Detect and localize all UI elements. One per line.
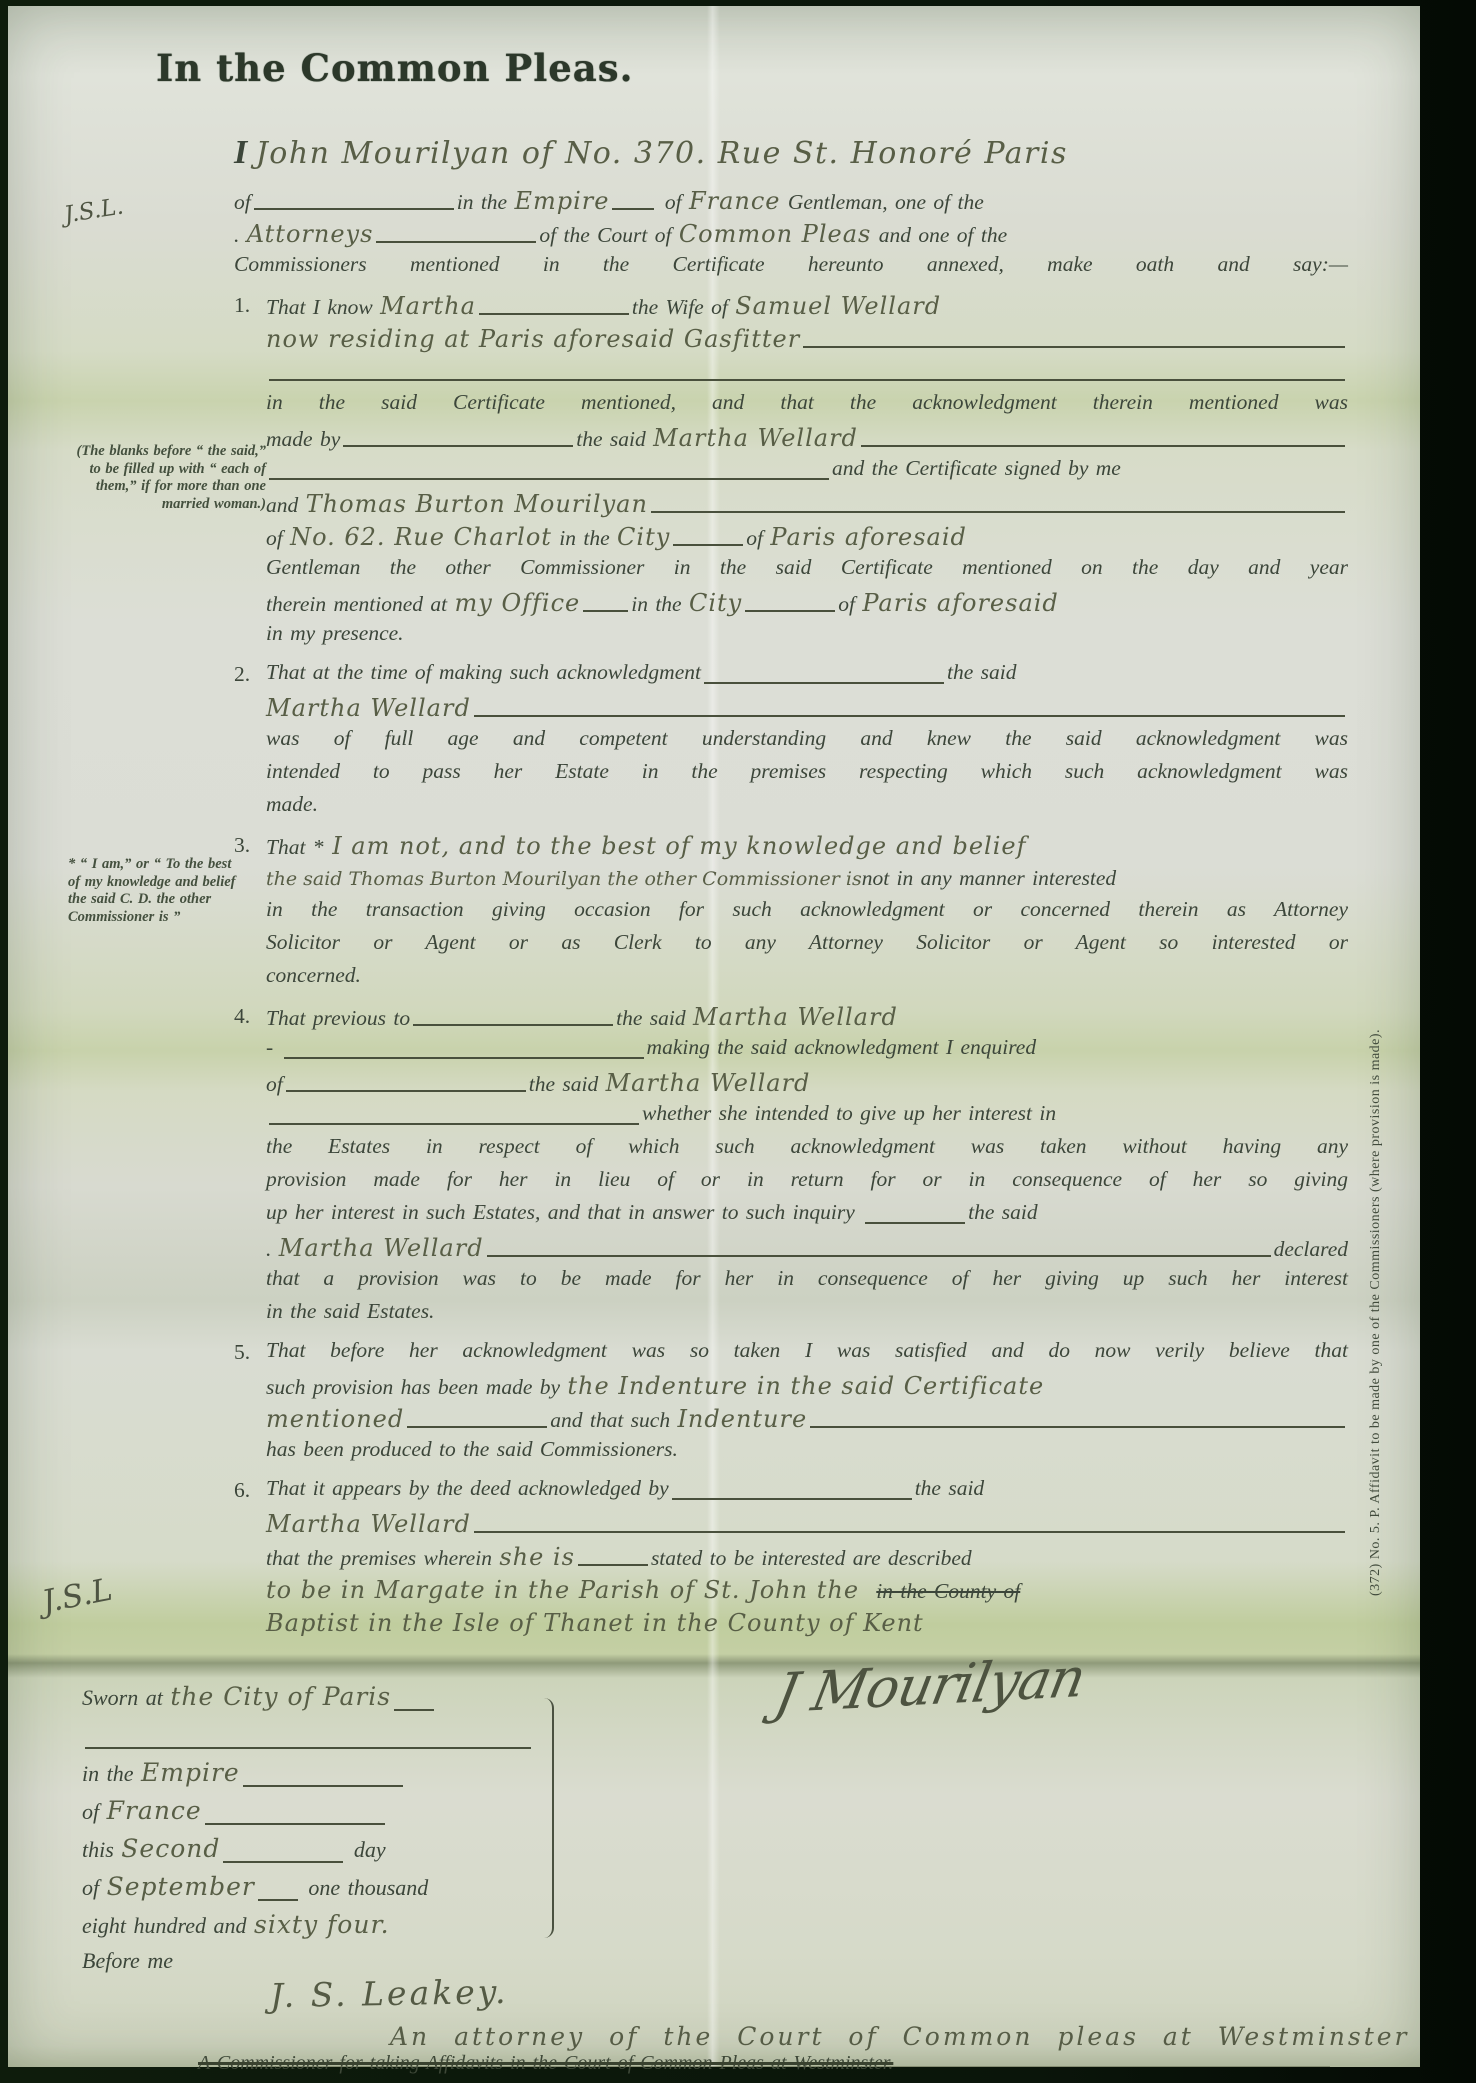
form-line: intended to pass her Estate in the premi… xyxy=(266,759,1348,792)
item-lines: That before her acknowledgment was so ta… xyxy=(266,1338,1348,1470)
text-segment: mentioned xyxy=(266,1404,404,1434)
text-segment: to be in Margate in the Parish of St. Jo… xyxy=(266,1575,876,1605)
text-segment: eight hundred and xyxy=(82,1913,254,1939)
commissioner-title-handwritten: An attorney of the Court of Common pleas… xyxy=(390,2022,1355,2051)
text-segment: . xyxy=(266,1237,279,1262)
text-segment: City xyxy=(689,588,742,618)
text-segment: in the xyxy=(82,1761,141,1787)
margin-initials-bottom: J.S.L xyxy=(39,1572,115,1621)
blank-rule xyxy=(612,206,654,210)
text-segment: therein mentioned at xyxy=(266,592,455,617)
text-segment: That at the time of making such acknowle… xyxy=(266,660,701,685)
text-segment: France xyxy=(689,186,781,216)
text-segment: in the xyxy=(631,592,689,617)
blank-rule xyxy=(578,1562,648,1566)
text-segment: stated to be interested are described xyxy=(651,1546,972,1571)
form-line: That before her acknowledgment was so ta… xyxy=(266,1338,1348,1371)
form-line: - making the said acknowledgment I enqui… xyxy=(266,1035,1348,1068)
blank-rule xyxy=(343,443,573,447)
struck-printed-commissioner-line: A Commissioner for taking Affidavits in … xyxy=(198,2052,893,2075)
text-segment: Martha Wellard xyxy=(693,1002,898,1032)
form-line: and the Certificate signed by me xyxy=(266,456,1348,489)
blank-rule xyxy=(413,1022,613,1026)
text-segment: Martha Wellard xyxy=(279,1233,484,1263)
deponent-signature: J Mourilyan xyxy=(770,1646,1090,1726)
form-line: therein mentioned at my Officein the Cit… xyxy=(266,588,1348,621)
form-line: ofin the Empire of France Gentleman, one… xyxy=(234,186,1348,219)
text-segment: provision made for her in lieu of or in … xyxy=(266,1167,1348,1192)
blank-rule xyxy=(474,713,1345,717)
form-line: of No. 62. Rue Charlot in the Cityof Par… xyxy=(266,522,1348,555)
form-line: such provision has been made by the Inde… xyxy=(266,1371,1348,1404)
text-segment: whether she intended to give up her inte… xyxy=(642,1101,1056,1126)
form-reference-vertical-note: (372) No. 5. P. Affidavit to be made by … xyxy=(1368,646,1384,1596)
form-line: in my presence. xyxy=(266,621,1348,654)
affidavit-item-5: 5.That before her acknowledgment was so … xyxy=(234,1338,1348,1470)
item-number: 1. xyxy=(234,291,266,654)
text-segment: No. 62. Rue Charlot xyxy=(290,522,552,552)
bottom-paper-rule xyxy=(248,2066,1330,2067)
text-segment: John Mourilyan of No. 370. Rue St. Honor… xyxy=(256,139,1068,169)
blank-rule xyxy=(407,1424,547,1428)
blank-rule xyxy=(672,1496,912,1500)
text-segment: Martha Wellard xyxy=(653,423,858,453)
text-segment: such provision has been made by xyxy=(266,1375,567,1400)
blank-rule xyxy=(810,1424,1345,1428)
form-line: That * I am not, and to the best of my k… xyxy=(266,831,1348,864)
blank-rule xyxy=(803,344,1345,348)
text-segment: Indenture xyxy=(677,1404,807,1434)
text-segment: of xyxy=(746,526,770,551)
item-lines: That it appears by the deed acknowledged… xyxy=(266,1476,1348,1641)
form-line: this Second day xyxy=(82,1834,534,1872)
text-segment: Martha Wellard xyxy=(266,1509,471,1539)
text-segment: and one of the xyxy=(871,223,1007,248)
item-number: 5. xyxy=(234,1338,266,1470)
form-line: was of full age and competent understand… xyxy=(266,726,1348,759)
form-line: has been produced to the said Commission… xyxy=(266,1437,1348,1470)
text-segment: the City of Paris xyxy=(170,1682,391,1712)
form-line: Commissioners mentioned in the Certifica… xyxy=(234,252,1348,285)
blank-rule xyxy=(474,1529,1345,1533)
form-line: made. xyxy=(266,792,1348,825)
text-segment: concerned. xyxy=(266,963,361,988)
text-segment: my Office xyxy=(455,588,581,618)
text-segment: the said xyxy=(968,1200,1037,1225)
text-segment: one thousand xyxy=(301,1875,428,1901)
form-line: . Attorneysof the Court of Common Pleas … xyxy=(234,219,1348,252)
form-line: and Thomas Burton Mourilyan xyxy=(266,489,1348,522)
text-segment: and the Certificate signed by me xyxy=(832,456,1121,481)
text-segment: . xyxy=(234,223,247,248)
text-segment: I xyxy=(234,134,256,172)
margin-initials-top: J.S.L. xyxy=(62,194,125,229)
form-line: to be in Margate in the Parish of St. Jo… xyxy=(266,1575,1348,1608)
text-segment: the Indenture in the said Certificate xyxy=(567,1371,1044,1401)
text-segment: in the transaction giving occasion for s… xyxy=(266,897,1348,922)
text-segment: City xyxy=(617,522,670,552)
text-segment: Empire xyxy=(141,1758,240,1788)
form-line: in the Empire xyxy=(82,1758,534,1796)
form-line: eight hundred and sixty four. xyxy=(82,1910,534,1948)
blank-rule xyxy=(269,377,1345,381)
form-line: in the transaction giving occasion for s… xyxy=(266,897,1348,930)
affidavit-item-6: 6.That it appears by the deed acknowledg… xyxy=(234,1476,1348,1641)
text-segment: Solicitor or Agent or as Clerk to any At… xyxy=(266,930,1348,955)
text-segment: has been produced to the said Commission… xyxy=(266,1437,678,1462)
text-segment: Before me xyxy=(82,1948,173,1974)
form-line: ofthe said Martha Wellard xyxy=(266,1068,1348,1101)
text-segment: Gentleman, one of the xyxy=(781,190,984,215)
text-segment: in the County of xyxy=(876,1579,1020,1604)
text-segment: Attorneys xyxy=(247,219,374,249)
text-segment: September xyxy=(107,1872,255,1902)
form-line: Sworn at the City of Paris xyxy=(82,1682,534,1720)
blank-rule xyxy=(487,1253,1271,1257)
form-line xyxy=(266,357,1348,390)
text-segment: declared xyxy=(1274,1237,1348,1262)
text-segment: Thomas Burton Mourilyan xyxy=(306,489,648,519)
text-segment: the said xyxy=(915,1476,984,1501)
text-segment: in the xyxy=(552,526,617,551)
text-segment: made by xyxy=(266,427,340,452)
text-segment: Sworn at xyxy=(82,1685,170,1711)
form-line: of September one thousand xyxy=(82,1872,534,1910)
text-segment: up her interest in such Estates, and tha… xyxy=(266,1200,862,1225)
blank-rule xyxy=(673,542,743,546)
form-line: Gentleman the other Commissioner in the … xyxy=(266,555,1348,588)
text-segment: of xyxy=(266,526,290,551)
text-segment: Gentleman the other Commissioner in the … xyxy=(266,555,1348,580)
item-lines: That I know Marthathe Wife of Samuel Wel… xyxy=(266,291,1348,654)
form-line: Solicitor or Agent or as Clerk to any At… xyxy=(266,930,1348,963)
blank-rule xyxy=(865,1220,965,1224)
text-segment: day xyxy=(346,1837,385,1863)
blank-rule xyxy=(243,1783,403,1787)
affidavit-item-3: 3.That * I am not, and to the best of my… xyxy=(234,831,1348,996)
text-segment: the Wife of xyxy=(632,295,735,320)
form-line: the Estates in respect of which such ack… xyxy=(266,1134,1348,1167)
form-line: in the said Estates. xyxy=(266,1299,1348,1332)
item-lines: That previous tothe said Martha Wellard-… xyxy=(266,1002,1348,1332)
form-line xyxy=(82,1720,534,1758)
form-line: concerned. xyxy=(266,963,1348,996)
text-segment: Empire xyxy=(514,186,609,216)
text-segment: the Estates in respect of which such ack… xyxy=(266,1134,1348,1159)
text-segment: Martha xyxy=(380,291,476,321)
blank-rule xyxy=(583,608,628,612)
form-line: mentionedand that such Indenture xyxy=(266,1404,1348,1437)
text-segment: That previous to xyxy=(266,1006,410,1031)
item-number: 6. xyxy=(234,1476,266,1641)
text-segment: now residing at Paris aforesaid Gasfitte… xyxy=(266,324,800,354)
item-number: 3. xyxy=(234,831,266,996)
text-segment: Martha Wellard xyxy=(606,1068,811,1098)
text-segment: the said xyxy=(576,427,653,452)
form-line: made bythe said Martha Wellard xyxy=(266,423,1348,456)
form-line: up her interest in such Estates, and tha… xyxy=(266,1200,1348,1233)
text-segment: in the said Estates. xyxy=(266,1299,434,1324)
text-segment: of xyxy=(82,1875,107,1901)
blank-rule xyxy=(269,1121,639,1125)
affidavit-item-4: 4.That previous tothe said Martha Wellar… xyxy=(234,1002,1348,1332)
text-segment: the said xyxy=(947,660,1016,685)
text-segment: Common Pleas xyxy=(679,219,872,249)
blank-rule xyxy=(376,239,536,243)
affidavit-body: I John Mourilyan of No. 370. Rue St. Hon… xyxy=(234,134,1348,1641)
text-segment: in my presence. xyxy=(266,621,404,646)
text-segment: and xyxy=(266,493,306,518)
text-segment: in the said Certificate mentioned, and t… xyxy=(266,390,1348,415)
text-segment: that the premises wherein xyxy=(266,1546,499,1571)
text-segment: Paris aforesaid xyxy=(770,522,966,552)
text-segment: intended to pass her Estate in the premi… xyxy=(266,759,1348,784)
item-lines: That * I am not, and to the best of my k… xyxy=(266,831,1348,996)
blank-rule xyxy=(85,1745,531,1749)
text-segment: the said Thomas Burton Mourilyan the oth… xyxy=(266,864,862,894)
form-line: the said Thomas Burton Mourilyan the oth… xyxy=(266,864,1348,897)
text-segment: she is xyxy=(499,1542,575,1572)
form-line: That at the time of making such acknowle… xyxy=(266,660,1348,693)
form-line: I John Mourilyan of No. 370. Rue St. Hon… xyxy=(234,134,1348,186)
form-line: That previous tothe said Martha Wellard xyxy=(266,1002,1348,1035)
text-segment: Second xyxy=(121,1834,220,1864)
affidavit-item-2: 2.That at the time of making such acknow… xyxy=(234,660,1348,825)
sworn-block: Sworn at the City of Parisin the Empireo… xyxy=(82,1682,534,1986)
form-line: Martha Wellard xyxy=(266,1509,1348,1542)
sworn-bracket xyxy=(536,1698,554,1938)
form-line: whether she intended to give up her inte… xyxy=(266,1101,1348,1134)
text-segment: of xyxy=(82,1799,107,1825)
text-segment: in the xyxy=(457,190,515,215)
item-number: 2. xyxy=(234,660,266,825)
text-segment: That before her acknowledgment was so ta… xyxy=(266,1338,1348,1363)
text-segment: made. xyxy=(266,792,318,817)
blank-rule xyxy=(651,509,1345,513)
form-line: in the said Certificate mentioned, and t… xyxy=(266,390,1348,423)
blank-rule xyxy=(479,311,629,315)
blank-rule xyxy=(704,680,944,684)
text-segment: of xyxy=(838,592,862,617)
court-title: In the Common Pleas. xyxy=(156,46,634,90)
text-segment: sixty four. xyxy=(254,1910,390,1940)
text-segment: not in any manner interested xyxy=(862,866,1116,891)
text-segment: of xyxy=(657,190,688,215)
text-segment: That I know xyxy=(266,295,380,320)
form-line: that the premises wherein she isstated t… xyxy=(266,1542,1348,1575)
blank-rule xyxy=(269,476,829,480)
opening-paragraph: I John Mourilyan of No. 370. Rue St. Hon… xyxy=(234,134,1348,285)
item-lines: That at the time of making such acknowle… xyxy=(266,660,1348,825)
form-line: That it appears by the deed acknowledged… xyxy=(266,1476,1348,1509)
text-segment: that a provision was to be made for her … xyxy=(266,1266,1348,1291)
text-segment: Commissioners mentioned in the Certifica… xyxy=(234,252,1348,277)
text-segment: That * xyxy=(266,835,324,860)
form-line: Baptist in the Isle of Thanet in the Cou… xyxy=(266,1608,1348,1641)
form-line: that a provision was to be made for her … xyxy=(266,1266,1348,1299)
form-line: . Martha Wellarddeclared xyxy=(266,1233,1348,1266)
blank-rule xyxy=(745,608,835,612)
blank-rule xyxy=(258,1897,298,1901)
affidavit-item-1: 1.That I know Marthathe Wife of Samuel W… xyxy=(234,291,1348,654)
item-number: 4. xyxy=(234,1002,266,1332)
blank-rule xyxy=(205,1821,385,1825)
form-line: provision made for her in lieu of or in … xyxy=(266,1167,1348,1200)
photographed-affidavit-document: { "colors":{"paper":"#d8dcd0","ink_print… xyxy=(0,0,1476,2083)
blank-rule xyxy=(286,1088,526,1092)
commissioner-signature: J. S. Leakey. xyxy=(270,1972,509,2015)
form-line: now residing at Paris aforesaid Gasfitte… xyxy=(266,324,1348,357)
text-segment: Baptist in the Isle of Thanet in the Cou… xyxy=(266,1608,924,1638)
blank-rule xyxy=(254,206,454,210)
text-segment: was of full age and competent understand… xyxy=(266,726,1348,751)
affidavit-paper: In the Common Pleas. J.S.L. (The blanks … xyxy=(8,6,1420,2067)
text-segment: Samuel Wellard xyxy=(735,291,941,321)
text-segment: of xyxy=(266,1072,283,1097)
text-segment: the said xyxy=(529,1072,606,1097)
blank-rule xyxy=(223,1859,343,1863)
form-line: That I know Marthathe Wife of Samuel Wel… xyxy=(266,291,1348,324)
text-segment: I am not, and to the best of my knowledg… xyxy=(324,831,1027,861)
form-line: of France xyxy=(82,1796,534,1834)
text-segment: Paris aforesaid xyxy=(862,588,1058,618)
text-segment: making the said acknowledgment I enquire… xyxy=(647,1035,1037,1060)
text-segment: Martha Wellard xyxy=(266,693,471,723)
numbered-items: 1.That I know Marthathe Wife of Samuel W… xyxy=(234,291,1348,1641)
text-segment: the said xyxy=(616,1006,693,1031)
text-segment: this xyxy=(82,1837,121,1863)
text-segment: and that such xyxy=(550,1408,677,1433)
side-note-iam: * “ I am,” or “ To the best of my knowle… xyxy=(68,856,240,926)
blank-rule xyxy=(394,1707,434,1711)
blank-rule xyxy=(284,1055,644,1059)
text-segment: of xyxy=(234,190,251,215)
text-segment: That it appears by the deed acknowledged… xyxy=(266,1476,669,1501)
form-line: Martha Wellard xyxy=(266,693,1348,726)
text-segment: France xyxy=(107,1796,202,1826)
blank-rule xyxy=(861,443,1345,447)
text-segment: - xyxy=(266,1035,281,1060)
text-segment: of the Court of xyxy=(539,223,678,248)
